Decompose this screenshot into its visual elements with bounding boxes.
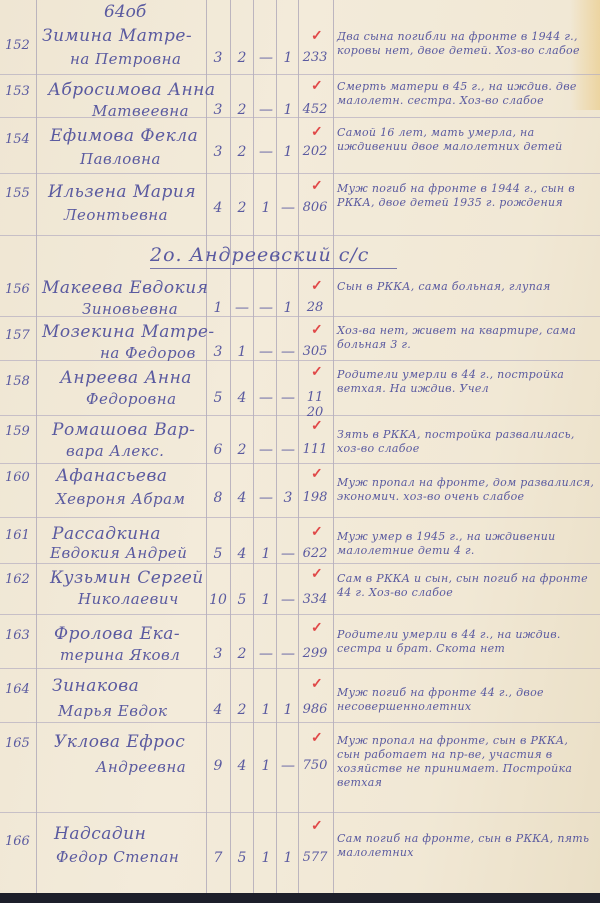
amount: 305	[298, 344, 332, 359]
row-number: 160	[5, 470, 30, 485]
remark: Зять в РККА, постройка развалилась, хоз-…	[337, 428, 595, 456]
surname-line: Ефимова Фекла	[50, 126, 198, 146]
count-col-2: 2	[232, 50, 252, 66]
amount: 622	[298, 546, 332, 561]
surname-line: Афанасьева	[56, 466, 168, 486]
surname-line: Зинакова	[52, 676, 139, 696]
row-number: 155	[5, 186, 30, 201]
count-col-1: 5	[208, 546, 228, 562]
given-name-line: Марья Евдок	[58, 702, 167, 720]
ledger-page: 64об 2о. Андреевский с/с 152 Зимина Матр…	[0, 0, 600, 893]
row-rule	[0, 517, 600, 518]
row-rule	[0, 614, 600, 615]
row-rule	[0, 722, 600, 723]
count-col-3: 1	[256, 702, 276, 718]
amount: 334	[298, 592, 332, 607]
page-number-note: 64об	[104, 2, 146, 22]
amount: 577	[298, 850, 332, 865]
column-rule	[333, 0, 334, 893]
row-rule	[0, 463, 600, 464]
count-col-1: 7	[208, 850, 228, 866]
count-col-4: 1	[278, 702, 298, 718]
check-mark-icon: ✓	[311, 28, 323, 44]
count-col-2: 4	[232, 758, 252, 774]
surname-line: Абросимова Анна	[48, 80, 216, 100]
count-col-2: 5	[232, 592, 252, 608]
count-col-1: 3	[208, 144, 228, 160]
row-rule	[0, 812, 600, 813]
row-number: 153	[5, 84, 30, 99]
count-col-1: 3	[208, 344, 228, 360]
given-name-line: Леонтьевна	[64, 206, 168, 224]
count-col-3: 1	[256, 200, 276, 216]
given-name-line: Федор Степан	[56, 848, 179, 866]
count-col-3: —	[256, 300, 276, 316]
check-mark-icon: ✓	[311, 620, 323, 636]
amount: 986	[298, 702, 332, 717]
count-col-1: 10	[208, 592, 228, 608]
count-col-2: 4	[232, 490, 252, 506]
remark: Смерть матери в 45 г., на иждив. две мал…	[337, 80, 595, 108]
column-rule	[230, 0, 231, 893]
count-col-1: 3	[208, 102, 228, 118]
surname-line: Макеева Евдокия	[42, 278, 208, 298]
amount: 299	[298, 646, 332, 661]
margin-rule	[36, 0, 37, 893]
count-col-4: —	[278, 200, 298, 216]
remark: Родители умерли в 44 г., постройка ветха…	[337, 368, 595, 396]
count-col-4: 3	[278, 490, 298, 506]
check-mark-icon: ✓	[311, 322, 323, 338]
count-col-1: 3	[208, 646, 228, 662]
remark: Муж погиб на фронте 44 г., двое несоверш…	[337, 686, 595, 714]
row-number: 162	[5, 572, 30, 587]
count-col-4: 1	[278, 300, 298, 316]
row-number: 159	[5, 424, 30, 439]
section-heading: 2о. Андреевский с/с	[150, 244, 397, 269]
surname-line: Анреева Анна	[60, 368, 192, 388]
count-col-3: —	[256, 646, 276, 662]
count-col-3: —	[256, 442, 276, 458]
count-col-2: 2	[232, 442, 252, 458]
row-number: 158	[5, 374, 30, 389]
given-name-line: Хевроня Абрам	[56, 490, 186, 508]
given-name-line: терина Яковл	[60, 646, 180, 664]
check-mark-icon: ✓	[311, 124, 323, 140]
row-rule	[0, 668, 600, 669]
remark: Сам в РККА и сын, сын погиб на фронте 44…	[337, 572, 595, 600]
check-mark-icon: ✓	[311, 278, 323, 294]
count-col-3: —	[256, 344, 276, 360]
amount: 28	[298, 300, 332, 315]
amount: 750	[298, 758, 332, 773]
count-col-1: 8	[208, 490, 228, 506]
remark: Хоз-ва нет, живет на квартире, сама боль…	[337, 324, 595, 352]
row-number: 165	[5, 736, 30, 751]
amount: 233	[298, 50, 332, 65]
check-mark-icon: ✓	[311, 418, 323, 434]
row-rule	[0, 235, 600, 236]
surname-line: Кузьмин Сергей	[50, 568, 204, 588]
check-mark-icon: ✓	[311, 364, 323, 380]
count-col-4: —	[278, 442, 298, 458]
amount: 11 20	[298, 390, 332, 420]
check-mark-icon: ✓	[311, 730, 323, 746]
count-col-1: 4	[208, 200, 228, 216]
given-name-line: Николаевич	[78, 590, 179, 608]
count-col-4: 1	[278, 102, 298, 118]
count-col-4: —	[278, 758, 298, 774]
given-name-line: Павловна	[80, 150, 161, 168]
count-col-4: —	[278, 546, 298, 562]
amount: 202	[298, 144, 332, 159]
count-col-3: 1	[256, 546, 276, 562]
column-rule	[276, 0, 277, 893]
remark: Муж погиб на фронте в 1944 г., сын в РКК…	[337, 182, 595, 210]
row-number: 157	[5, 328, 30, 343]
count-col-3: 1	[256, 758, 276, 774]
count-col-3: —	[256, 390, 276, 406]
row-number: 163	[5, 628, 30, 643]
count-col-4: —	[278, 344, 298, 360]
count-col-1: 5	[208, 390, 228, 406]
count-col-3: 1	[256, 592, 276, 608]
remark: Муж умер в 1945 г., на иждивении малолет…	[337, 530, 595, 558]
row-rule	[0, 173, 600, 174]
row-rule	[0, 360, 600, 361]
surname-line: Ромашова Вар-	[52, 420, 195, 440]
count-col-4: —	[278, 646, 298, 662]
count-col-2: 2	[232, 144, 252, 160]
remark: Сын в РККА, сама больная, глупая	[337, 280, 595, 294]
given-name-line: на Федоров	[100, 344, 196, 362]
check-mark-icon: ✓	[311, 466, 323, 482]
amount: 452	[298, 102, 332, 117]
surname-line: Рассадкина	[52, 524, 161, 544]
count-col-1: 1	[208, 300, 228, 316]
count-col-2: 2	[232, 200, 252, 216]
row-number: 164	[5, 682, 30, 697]
row-number: 152	[5, 38, 30, 53]
given-name-line: Андреевна	[96, 758, 186, 776]
surname-line: Мозекина Матре-	[42, 322, 215, 342]
count-col-2: —	[232, 300, 252, 316]
count-col-3: —	[256, 490, 276, 506]
count-col-4: 1	[278, 50, 298, 66]
count-col-4: —	[278, 390, 298, 406]
remark: Муж пропал на фронте, дом развалился, эк…	[337, 476, 595, 504]
count-col-2: 2	[232, 102, 252, 118]
count-col-1: 9	[208, 758, 228, 774]
count-col-4: —	[278, 592, 298, 608]
surname-line: Уклова Ефрос	[54, 732, 185, 752]
count-col-3: —	[256, 50, 276, 66]
given-name-line: Евдокия Андрей	[50, 544, 187, 562]
check-mark-icon: ✓	[311, 818, 323, 834]
column-rule	[253, 0, 254, 893]
given-name-line: на Петровна	[70, 50, 181, 68]
surname-line: Ильзена Мария	[48, 182, 196, 202]
check-mark-icon: ✓	[311, 78, 323, 94]
given-name-line: вара Алекс.	[66, 442, 164, 460]
row-number: 166	[5, 834, 30, 849]
count-col-3: —	[256, 144, 276, 160]
amount: 111	[298, 442, 332, 457]
check-mark-icon: ✓	[311, 676, 323, 692]
remark: Самой 16 лет, мать умерла, на иждивении …	[337, 126, 595, 154]
row-rule	[0, 117, 600, 118]
column-rule	[206, 0, 207, 893]
count-col-3: —	[256, 102, 276, 118]
remark: Два сына погибли на фронте в 1944 г., ко…	[337, 30, 595, 58]
check-mark-icon: ✓	[311, 524, 323, 540]
count-col-2: 1	[232, 344, 252, 360]
given-name-line: Матвеевна	[92, 102, 189, 120]
row-number: 154	[5, 132, 30, 147]
count-col-4: 1	[278, 850, 298, 866]
row-rule	[0, 74, 600, 75]
count-col-1: 4	[208, 702, 228, 718]
count-col-2: 4	[232, 546, 252, 562]
surname-line: Фролова Ека-	[54, 624, 180, 644]
amount: 198	[298, 490, 332, 505]
check-mark-icon: ✓	[311, 178, 323, 194]
surname-line: Надсадин	[54, 824, 146, 844]
given-name-line: Зиновьевна	[82, 300, 178, 318]
remark: Муж пропал на фронте, сын в РККА, сын ра…	[337, 734, 595, 790]
remark: Сам погиб на фронте, сын в РККА, пять ма…	[337, 832, 595, 860]
count-col-2: 4	[232, 390, 252, 406]
count-col-4: 1	[278, 144, 298, 160]
count-col-2: 2	[232, 646, 252, 662]
remark: Родители умерли в 44 г., на иждив. сестр…	[337, 628, 595, 656]
check-mark-icon: ✓	[311, 566, 323, 582]
count-col-2: 2	[232, 702, 252, 718]
count-col-1: 3	[208, 50, 228, 66]
row-number: 156	[5, 282, 30, 297]
amount: 806	[298, 200, 332, 215]
row-number: 161	[5, 528, 30, 543]
row-rule	[0, 563, 600, 564]
surname-line: Зимина Матре-	[42, 26, 192, 46]
count-col-3: 1	[256, 850, 276, 866]
given-name-line: Федоровна	[86, 390, 177, 408]
count-col-2: 5	[232, 850, 252, 866]
count-col-1: 6	[208, 442, 228, 458]
